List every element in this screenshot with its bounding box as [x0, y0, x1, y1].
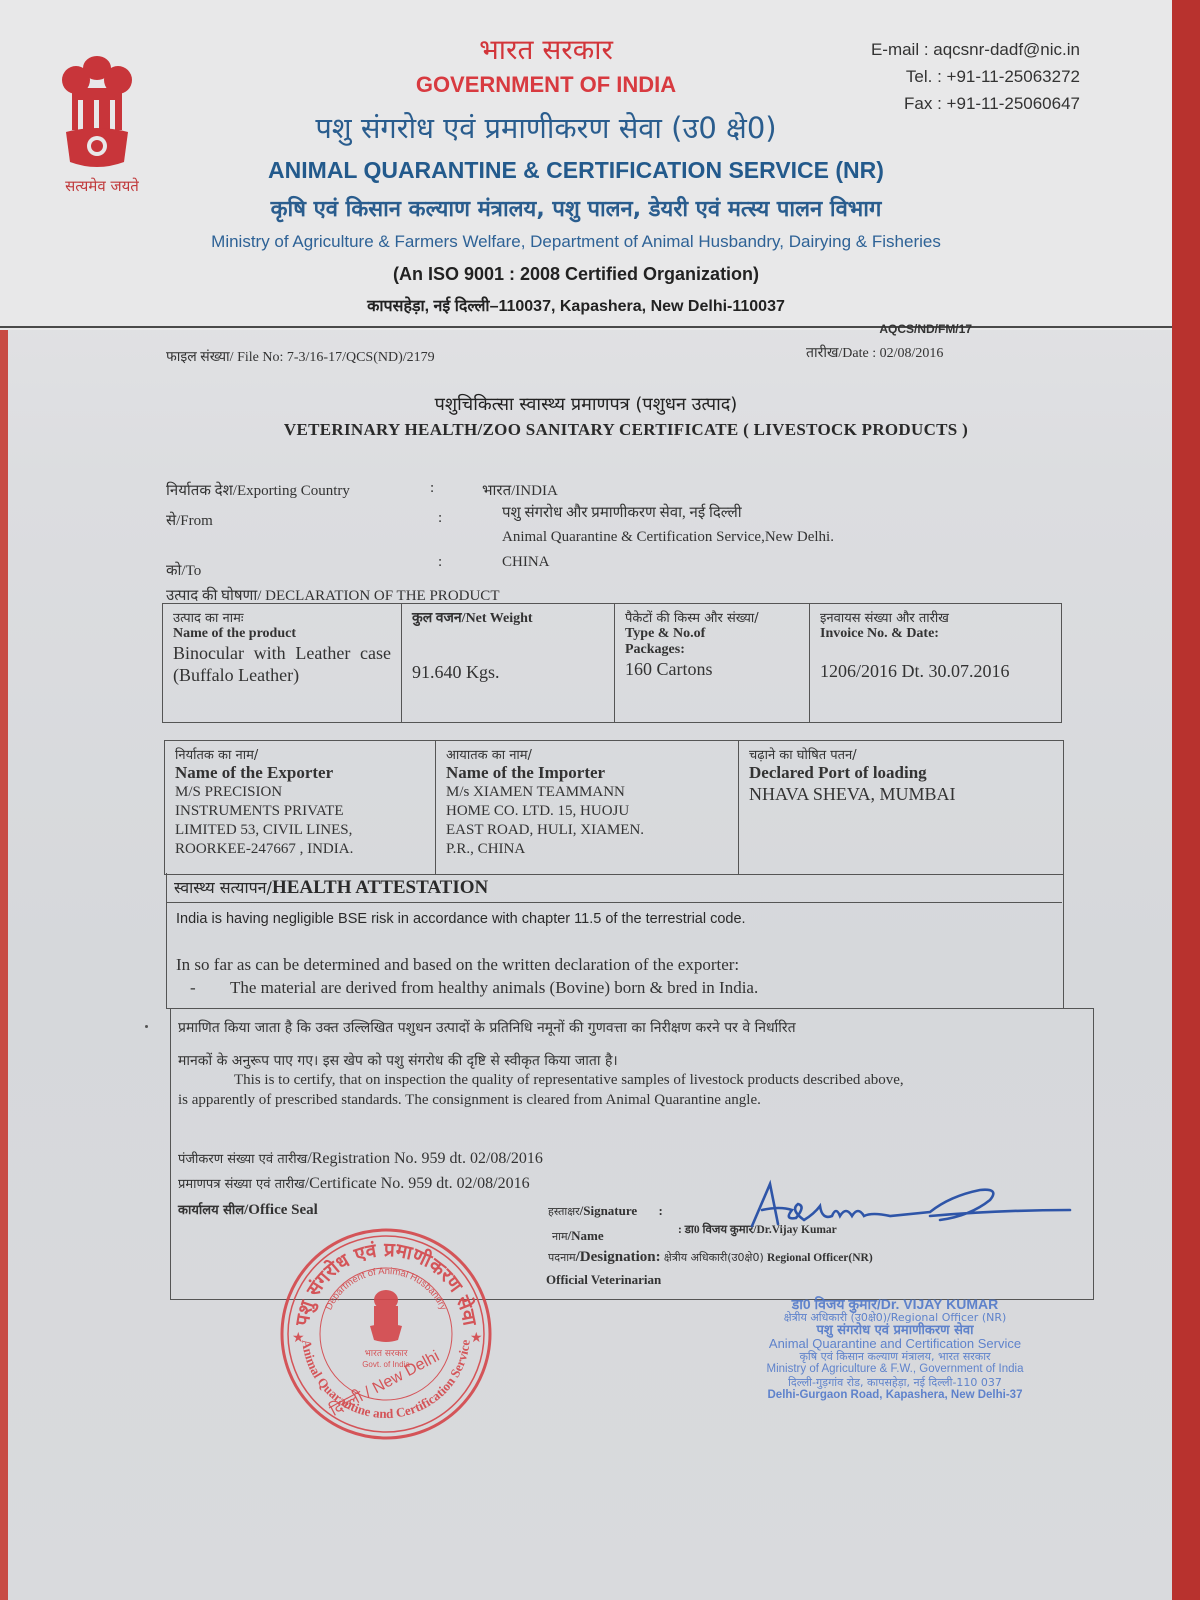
name-label: नाम/Name — [552, 1228, 604, 1244]
packages-value: 160 Cartons — [625, 658, 799, 680]
from-value: Animal Quarantine & Certification Servic… — [502, 529, 834, 546]
ministry-name-hindi: कृषि एवं किसान कल्याण मंत्रालय, पशु पालन… — [0, 193, 1162, 223]
declaration-intro: In so far as can be determined and based… — [176, 955, 739, 975]
exporter-cell: निर्यातक का नाम/ Name of the Exporter M/… — [165, 741, 436, 875]
office-address: कापसहेड़ा, नई दिल्ली–110037, Kapashera, … — [0, 294, 1162, 316]
certification-text-2: is apparently of prescribed standards. T… — [178, 1092, 761, 1109]
seal-label-hindi: कार्यालय सील — [178, 1203, 244, 1218]
svg-text:★: ★ — [292, 1330, 305, 1346]
certificate-title: VETERINARY HEALTH/ZOO SANITARY CERTIFICA… — [0, 420, 1200, 440]
registration-label-hindi: पंजीकरण संख्या एवं तारीख — [178, 1152, 307, 1167]
port-label: Declared Port of loading — [749, 763, 1053, 783]
separator: : — [658, 1203, 662, 1218]
certification-text-hindi-2: मानकों के अनुरूप पाए गए। इस खेप को पशु स… — [178, 1051, 618, 1070]
exporter-line: ROORKEE-247667 , INDIA. — [175, 840, 425, 859]
importer-line: HOME CO. LTD. 15, HUOJU — [446, 802, 728, 821]
invoice-label: Invoice No. & Date: — [820, 626, 1051, 642]
fax: Fax : +91-11-25060647 — [871, 90, 1080, 117]
official-role: Official Veterinarian — [546, 1272, 661, 1288]
importer-line: P.R., CHINA — [446, 840, 728, 859]
invoice-cell: इनवायस संख्या और तारीख Invoice No. & Dat… — [810, 604, 1062, 723]
certificate-title-hindi: पशुचिकित्सा स्वास्थ्य प्रमाणपत्र (पशुधन … — [0, 392, 1172, 416]
separator: : — [430, 480, 434, 497]
svg-text:भारत सरकार: भारत सरकार — [364, 1349, 407, 1359]
exporter-line: M/S PRECISION — [175, 783, 425, 802]
attestation-bullet: -The material are derived from healthy a… — [190, 978, 758, 998]
registration-value: /Registration No. 959 dt. 02/08/2016 — [307, 1150, 543, 1167]
exporting-country-label: निर्यातक देश/Exporting Country — [166, 480, 350, 500]
from-label: से/From — [166, 510, 213, 530]
contact-info: E-mail : aqcsnr-dadf@nic.in Tel. : +91-1… — [871, 36, 1080, 117]
port-value: NHAVA SHEVA, MUMBAI — [749, 783, 1053, 805]
net-weight-label: कुल वजन/Net Weight — [412, 608, 604, 627]
bse-statement: India is having negligible BSE risk in a… — [176, 911, 746, 927]
product-label-hindi: उत्पाद का नामः — [173, 608, 391, 626]
stamp-line: Delhi-Gurgaon Road, Kapashera, New Delhi… — [740, 1389, 1050, 1402]
exporter-line: LIMITED 53, CIVIL LINES, — [175, 821, 425, 840]
heading-english: HEALTH ATTESTATION — [272, 877, 488, 898]
importer-label-hindi: आयातक का नाम/ — [446, 745, 728, 763]
exporter-label-hindi: निर्यातक का नाम/ — [175, 745, 425, 763]
handwritten-signature-icon — [740, 1176, 1080, 1236]
iso-certification: (An ISO 9001 : 2008 Certified Organizati… — [0, 264, 1162, 285]
separator: : — [438, 510, 442, 527]
stamp-line: कृषि एवं किसान कल्याण मंत्रालय, भारत सरक… — [740, 1350, 1050, 1363]
designation-label: /Designation: — [576, 1249, 661, 1265]
product-label: Name of the product — [173, 626, 391, 642]
svg-text:★: ★ — [470, 1330, 483, 1346]
product-value: Binocular with Leather case (Buffalo Lea… — [173, 642, 391, 686]
product-table: उत्पाद का नामः Name of the product Binoc… — [162, 603, 1062, 723]
importer-line: M/s XIAMEN TEAMMANN — [446, 783, 728, 802]
invoice-label-hindi: इनवायस संख्या और तारीख — [820, 608, 1051, 626]
service-name: ANIMAL QUARANTINE & CERTIFICATION SERVIC… — [0, 157, 1162, 184]
importer-line: EAST ROAD, HULI, XIAMEN. — [446, 821, 728, 840]
net-weight-cell: कुल वजन/Net Weight 91.640 Kgs. — [402, 604, 615, 723]
exporter-line: INSTRUMENTS PRIVATE — [175, 802, 425, 821]
product-cell: उत्पाद का नामः Name of the product Binoc… — [163, 604, 402, 723]
declaration-heading: उत्पाद की घोषणा/ DECLARATION OF THE PROD… — [166, 585, 499, 605]
to-label: को/To — [166, 560, 201, 580]
exporting-country-value: भारत/INDIA — [482, 480, 558, 500]
health-attestation-heading: स्वास्थ्य सत्यापन/HEALTH ATTESTATION — [166, 873, 1062, 903]
invoice-value: 1206/2016 Dt. 30.07.2016 — [820, 660, 1051, 682]
importer-label: Name of the Importer — [446, 763, 728, 783]
designation-row: पदनाम/Designation: क्षेत्रीय अधिकारी(उ0क… — [548, 1249, 873, 1266]
heading-hindi: स्वास्थ्य सत्यापन/ — [174, 878, 272, 897]
stamp-line: Animal Quarantine and Certification Serv… — [740, 1337, 1050, 1350]
certificate-value: /Certificate No. 959 dt. 02/08/2016 — [305, 1175, 530, 1192]
from-value-hindi: पशु संगरोध और प्रमाणीकरण सेवा, नई दिल्ली — [502, 502, 742, 522]
seal-label: /Office Seal — [244, 1202, 318, 1218]
designation-value-hindi: क्षेत्रीय अधिकारी(उ0क्षे0) — [664, 1251, 764, 1264]
exporter-label: Name of the Exporter — [175, 763, 425, 783]
paper-mark — [145, 1025, 148, 1028]
port-label-hindi: चढ़ाने का घोषित पतन/ — [749, 745, 1053, 763]
document-date: तारीख/Date : 02/08/2016 — [806, 343, 943, 362]
separator: : — [438, 554, 442, 571]
stamp-line: दिल्ली-गुड़गांव रोड, कापसहेड़ा, नई दिल्ल… — [740, 1376, 1050, 1389]
bullet-marker: - — [190, 978, 230, 998]
certificate-label-hindi: प्रमाणपत्र संख्या एवं तारीख — [178, 1177, 305, 1192]
ministry-name: Ministry of Agriculture & Farmers Welfar… — [0, 232, 1162, 252]
packages-cell: पैकेटों की किस्म और संख्या/ Type & No.of… — [615, 604, 810, 723]
signature-label-hindi: हस्ताक्षर — [548, 1205, 580, 1218]
registration-number: पंजीकरण संख्या एवं तारीख/Registration No… — [178, 1149, 543, 1168]
port-cell: चढ़ाने का घोषित पतन/ Declared Port of lo… — [739, 741, 1064, 875]
officer-rubber-stamp: डा0 विजय कुमार/Dr. VIJAY KUMAR क्षेत्रीय… — [740, 1298, 1050, 1402]
signature-label: हस्ताक्षर/Signature : — [548, 1203, 663, 1219]
office-seal-label: कार्यालय सील/Office Seal — [178, 1200, 318, 1219]
importer-cell: आयातक का नाम/ Name of the Importer M/s X… — [436, 741, 739, 875]
letterhead-divider — [0, 326, 1172, 328]
designation-label-hindi: पदनाम — [548, 1251, 576, 1264]
certification-text: This is to certify, that on inspection t… — [234, 1072, 904, 1089]
name-label-hindi: नाम — [552, 1230, 568, 1243]
office-seal-stamp-icon: पशु संगरोध एवं प्रमाणीकरण सेवा Animal Qu… — [278, 1226, 494, 1442]
signature-label-english: /Signature — [580, 1203, 638, 1218]
letterhead: सत्यमेव जयते भारत सरकार GOVERNMENT OF IN… — [0, 0, 1172, 330]
stamp-line: डा0 विजय कुमार/Dr. VIJAY KUMAR — [740, 1298, 1050, 1311]
certificate-page: सत्यमेव जयते भारत सरकार GOVERNMENT OF IN… — [0, 0, 1172, 1600]
designation-value: Regional Officer(NR) — [767, 1252, 873, 1264]
net-weight-value: 91.640 Kgs. — [412, 661, 604, 683]
bullet-text: The material are derived from healthy an… — [230, 978, 758, 997]
packages-label-hindi: पैकेटों की किस्म और संख्या/ — [625, 608, 799, 626]
stamp-line: Ministry of Agriculture & F.W., Governme… — [740, 1363, 1050, 1376]
form-reference: AQCS/ND/FM/17 — [879, 322, 972, 336]
telephone: Tel. : +91-11-25063272 — [871, 63, 1080, 90]
certification-text-hindi: प्रमाणित किया जाता है कि उक्त उल्लिखित प… — [178, 1018, 1078, 1037]
file-number: फाइल संख्या/ File No: 7-3/16-17/QCS(ND)/… — [166, 347, 435, 366]
parties-table: निर्यातक का नाम/ Name of the Exporter M/… — [164, 740, 1064, 875]
name-label-english: /Name — [568, 1228, 604, 1243]
packages-label: Type & No.of Packages: — [625, 626, 735, 658]
certificate-number: प्रमाणपत्र संख्या एवं तारीख/Certificate … — [178, 1174, 530, 1193]
email: E-mail : aqcsnr-dadf@nic.in — [871, 36, 1080, 63]
to-value: CHINA — [502, 554, 550, 571]
